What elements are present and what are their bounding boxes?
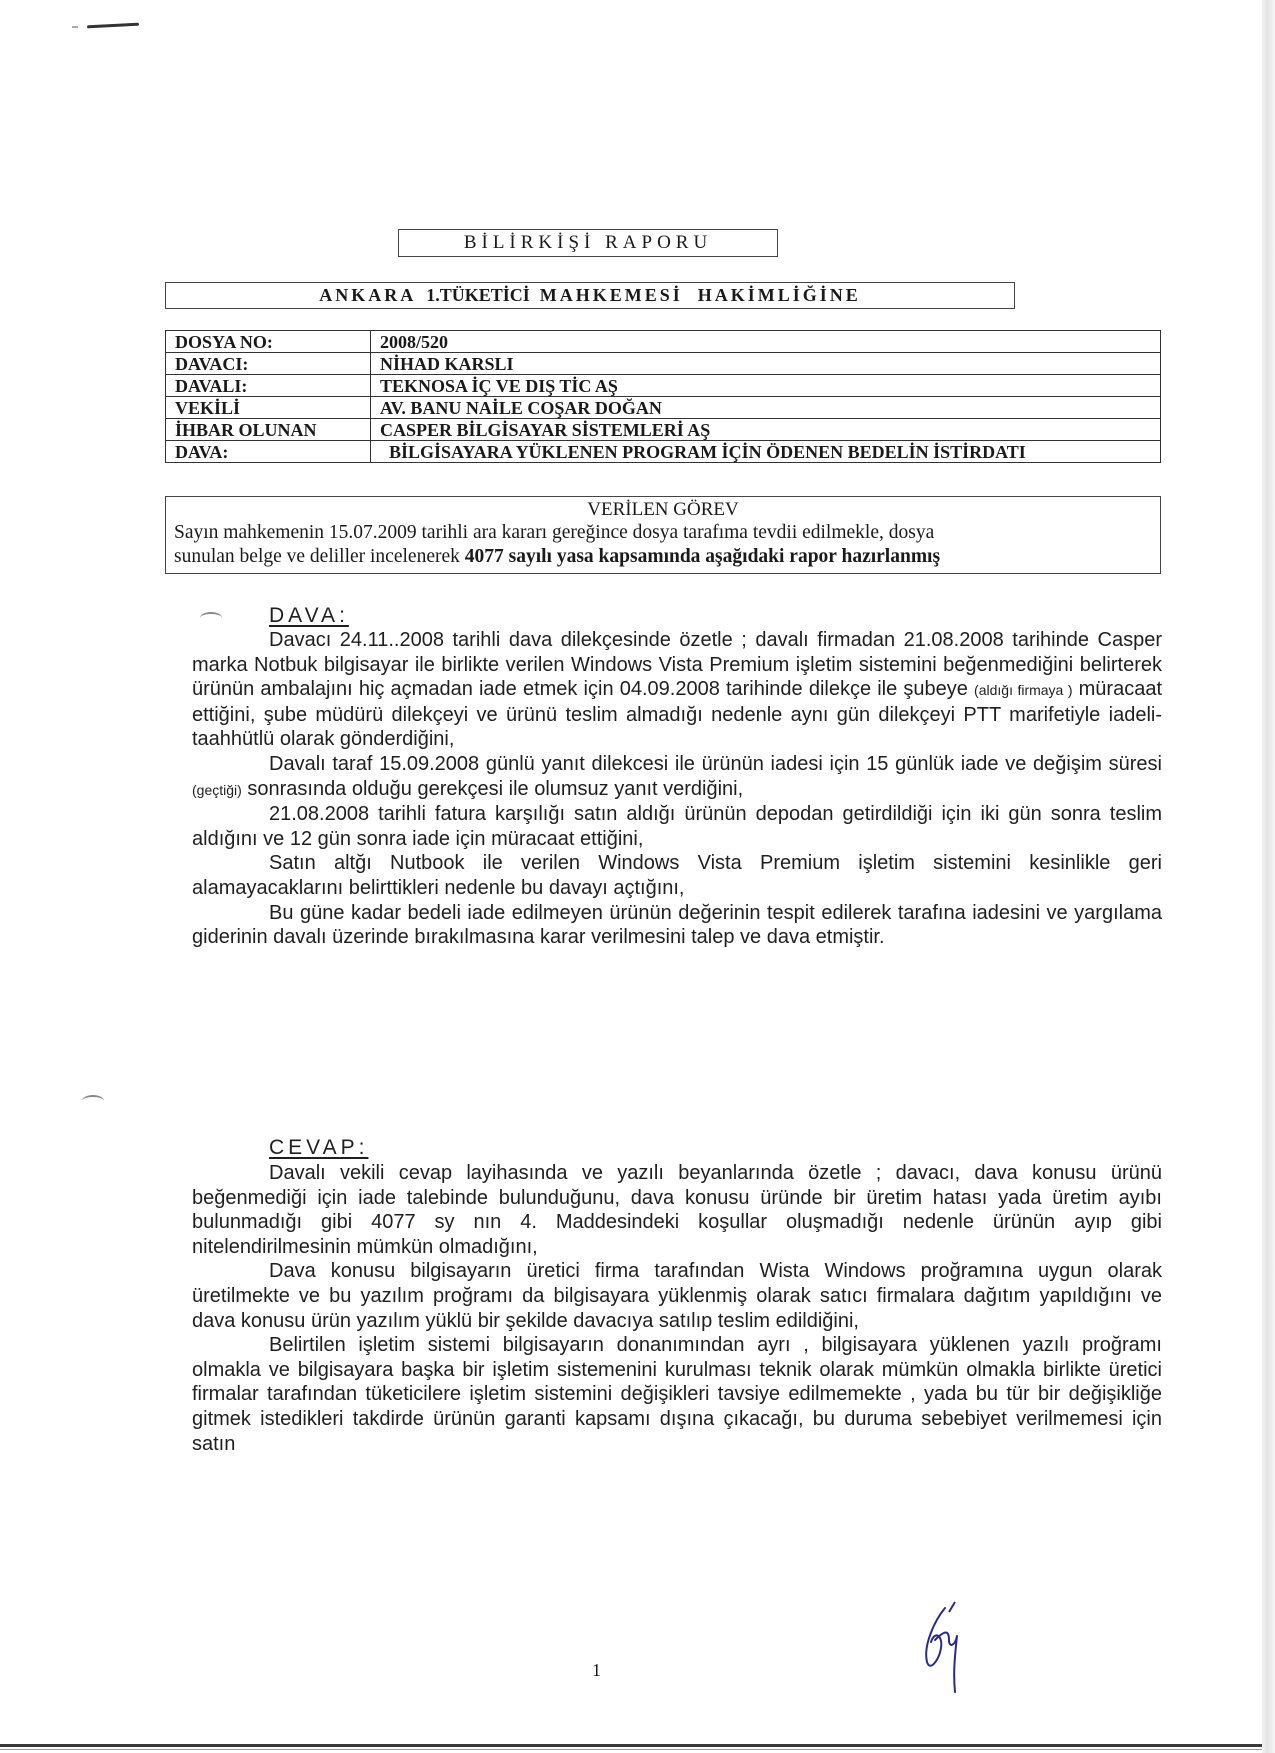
row-label: DOSYA NO: [166, 331, 371, 353]
punch-hole-mark [200, 612, 222, 624]
report-title-box: BİLİRKİŞİ RAPORU [398, 229, 778, 257]
paragraph: Dava konusu bilgisayarın üretici firma t… [192, 1259, 1162, 1333]
report-title: BİLİRKİŞİ RAPORU [464, 232, 712, 254]
paragraph-note: (geçtiği) [192, 782, 242, 798]
scan-artifact [72, 26, 78, 28]
page-edge-shadow [1262, 0, 1275, 1753]
paragraph-note: (aldığı firmaya ) [974, 682, 1072, 698]
paragraph-text: sonrasında olduğu gerekçesi ile olumsuz … [242, 778, 743, 800]
paragraph: Davacı 24.11..2008 tarihli dava dilekçes… [192, 628, 1162, 752]
dava-section-body: Davacı 24.11..2008 tarihli dava dilekçes… [192, 628, 1162, 950]
assigned-task-bold-text: 4077 sayılı yasa kapsamında aşağıdaki ra… [465, 546, 940, 567]
paragraph: Belirtilen işletim sistemi bilgisayarın … [192, 1333, 1162, 1456]
row-label: VEKİLİ [166, 397, 371, 419]
punch-hole-mark [82, 1095, 104, 1107]
table-row: DAVA: BİLGİSAYARA YÜKLENEN PROGRAM İÇİN … [166, 441, 1161, 463]
row-label: DAVACI: [166, 353, 371, 375]
court-header-box: ANKARA 1.TÜKETİCİ MAHKEMESİ HAKİMLİĞİNE [165, 282, 1015, 309]
assigned-task-box: VERİLEN GÖREV Sayın mahkemenin 15.07.200… [165, 496, 1161, 574]
table-row: İHBAR OLUNAN CASPER BİLGİSAYAR SİSTEMLER… [166, 419, 1161, 441]
row-value: TEKNOSA İÇ VE DIŞ TİC AŞ [371, 375, 1161, 397]
court-part-city: ANKARA [319, 285, 416, 306]
row-label: DAVALI: [166, 375, 371, 397]
table-row: DOSYA NO: 2008/520 [166, 331, 1161, 353]
paragraph: Satın altğı Nutbook ile verilen Windows … [192, 851, 1162, 900]
paragraph: Davalı vekili cevap layihasında ve yazıl… [192, 1161, 1162, 1259]
row-value: 2008/520 [371, 331, 1161, 353]
scan-artifact-mark [87, 23, 139, 29]
row-value: NİHAD KARSLI [371, 353, 1161, 375]
paragraph: 21.08.2008 tarihli fatura karşılığı satı… [192, 802, 1162, 851]
page-bottom-border [0, 1744, 1262, 1747]
assigned-task-text: sunulan belge ve deliller incelenerek [174, 546, 465, 567]
row-value: CASPER BİLGİSAYAR SİSTEMLERİ AŞ [371, 419, 1161, 441]
case-info-table: DOSYA NO: 2008/520 DAVACI: NİHAD KARSLI … [165, 330, 1161, 463]
row-value: AV. BANU NAİLE COŞAR DOĞAN [371, 397, 1161, 419]
table-row: DAVACI: NİHAD KARSLI [166, 353, 1161, 375]
assigned-task-line-2: sunulan belge ve deliller incelenerek 40… [174, 546, 940, 568]
section-heading-cevap: CEVAP: [269, 1136, 368, 1160]
court-part-mahkeme: MAHKEMESİ [540, 285, 683, 306]
signature-icon [905, 1600, 975, 1695]
paragraph: Davalı taraf 15.09.2008 günlü yanıt dile… [192, 752, 1162, 802]
court-part-name: 1.TÜKETİCİ [426, 285, 530, 306]
assigned-task-title: VERİLEN GÖREV [166, 499, 1160, 521]
court-part-hakimlik: HAKİMLİĞİNE [698, 285, 861, 306]
row-label: DAVA: [166, 441, 371, 463]
paragraph: Bu güne kadar bedeli iade edilmeyen ürün… [192, 901, 1162, 950]
page-number: 1 [592, 1660, 601, 1681]
table-row: DAVALI: TEKNOSA İÇ VE DIŞ TİC AŞ [166, 375, 1161, 397]
assigned-task-line-1: Sayın mahkemenin 15.07.2009 tarihli ara … [174, 522, 934, 544]
cevap-section-body: Davalı vekili cevap layihasında ve yazıl… [192, 1161, 1162, 1456]
row-value: BİLGİSAYARA YÜKLENEN PROGRAM İÇİN ÖDENEN… [371, 441, 1161, 463]
paragraph-text: Davalı taraf 15.09.2008 günlü yanıt dile… [269, 753, 1162, 775]
page-bottom-border-shadow [0, 1749, 1262, 1750]
table-row: VEKİLİ AV. BANU NAİLE COŞAR DOĞAN [166, 397, 1161, 419]
row-label: İHBAR OLUNAN [166, 419, 371, 441]
section-heading-dava: DAVA: [269, 604, 349, 628]
document-page: BİLİRKİŞİ RAPORU ANKARA 1.TÜKETİCİ MAHKE… [0, 0, 1275, 1753]
